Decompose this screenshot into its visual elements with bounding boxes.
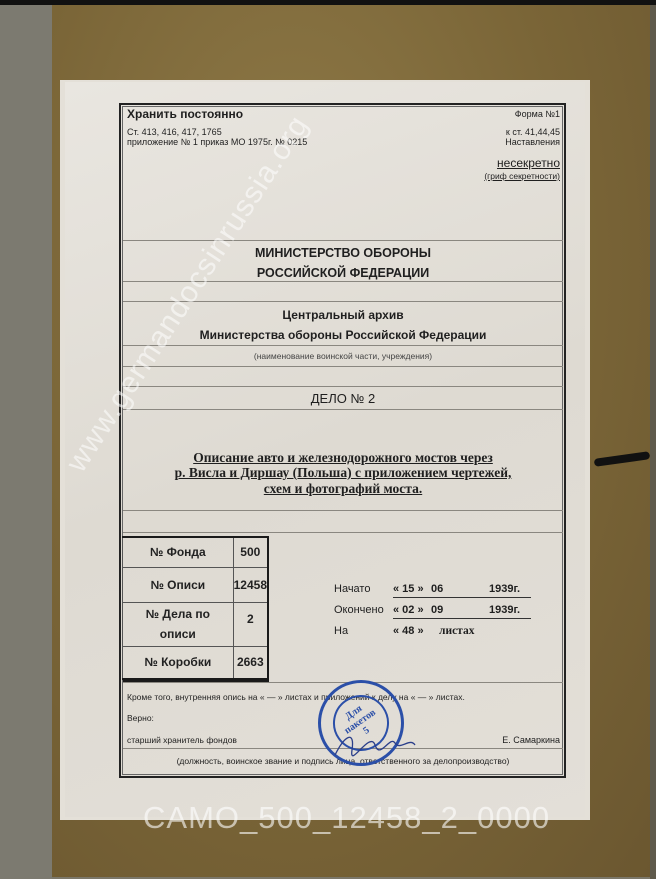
archive-line2: Министерства обороны Российской Федераци…: [123, 328, 563, 342]
opis-label: № Описи: [123, 567, 234, 602]
table-row: № Дела по описи 2: [123, 602, 269, 646]
storage-label: Хранить постоянно: [127, 107, 243, 121]
ministry-line1: МИНИСТЕРСТВО ОБОРОНЫ: [123, 246, 563, 260]
delo-value: 2: [233, 602, 268, 646]
rule: [123, 366, 563, 367]
case-description-line3: схем и фотографий моста.: [123, 481, 563, 497]
ended-year: 1939г.: [489, 604, 520, 616]
signature-scribble: [330, 725, 420, 765]
fond-label: № Фонда: [123, 537, 234, 567]
ended-date-field: « 02 » 09 1939г.: [393, 604, 531, 619]
rule: [123, 345, 563, 346]
ref-articles: к ст. 41,44,45: [506, 127, 560, 137]
ended-day: « 02 »: [393, 604, 424, 616]
classification: несекретно: [497, 156, 560, 170]
file-id-watermark: CAMO_500_12458_2_0000: [143, 800, 550, 836]
rule: [123, 532, 563, 533]
korobka-label: № Коробки: [123, 646, 234, 679]
table-row: № Коробки 2663: [123, 646, 269, 679]
sheets-count: « 48 »: [393, 625, 424, 637]
delo-label: № Дела по описи: [123, 602, 234, 646]
folder-right-edge: [650, 5, 656, 879]
case-title: ДЕЛО № 2: [123, 391, 563, 406]
sheets-label: На: [334, 625, 348, 637]
rule: [123, 510, 563, 511]
form-number: Форма №1: [515, 109, 560, 119]
rule: [123, 240, 563, 241]
custodian-name: Е. Самаркина: [502, 735, 560, 745]
ended-month: 09: [431, 604, 443, 616]
started-day: « 15 »: [393, 583, 424, 595]
table-row: № Фонда 500: [123, 537, 269, 567]
articles: Ст. 413, 416, 417, 1765: [127, 127, 222, 137]
classification-label: (гриф секретности): [484, 171, 560, 181]
additional-inventory-note: Кроме того, внутренняя опись на « — » ли…: [127, 692, 465, 702]
sheets-suffix: листах: [439, 625, 474, 637]
started-date-field: « 15 » 06 1939г.: [393, 583, 531, 598]
opis-value: 12458: [233, 567, 268, 602]
rule: [123, 409, 563, 410]
rule: [123, 386, 563, 387]
started-year: 1939г.: [489, 583, 520, 595]
archive-label: (наименование воинской части, учреждения…: [123, 351, 563, 361]
position-title: старший хранитель фондов: [127, 735, 237, 745]
fond-value: 500: [233, 537, 268, 567]
folder-spine: [0, 5, 52, 879]
ref-document: Наставления: [505, 137, 560, 147]
ended-label: Окончено: [334, 604, 384, 616]
archive-index-table: № Фонда 500 № Описи 12458 № Дела по опис…: [122, 536, 269, 680]
case-description-line2: р. Висла и Диршау (Польша) с приложением…: [123, 465, 563, 481]
verified-label: Верно:: [127, 713, 154, 723]
started-month: 06: [431, 583, 443, 595]
table-row: № Описи 12458: [123, 567, 269, 602]
started-label: Начато: [334, 583, 370, 595]
korobka-value: 2663: [233, 646, 268, 679]
case-description-line1: Описание авто и железнодорожного мостов …: [123, 450, 563, 466]
